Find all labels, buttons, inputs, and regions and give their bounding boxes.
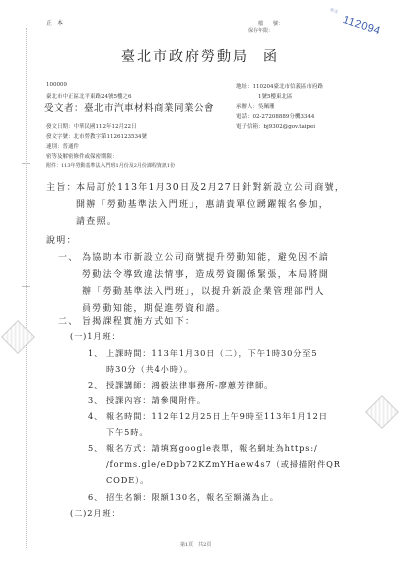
sub-item-line: 時30分（共4小時）。	[106, 364, 193, 375]
class-label: (二)2月班：	[70, 508, 121, 519]
margin-tick	[22, 286, 30, 287]
recipient-label: 受文者：	[44, 103, 84, 114]
issue-number: 發文字號：北市勞教字第1126123534號	[46, 132, 147, 140]
receipt-stamp-number: 112094	[341, 14, 382, 37]
perforation-seal-right	[365, 395, 399, 429]
copy-label: 正本	[46, 18, 68, 27]
sub-item-line: 招生名額：限額130名，報名至額滿為止。	[106, 492, 279, 503]
item-number: 二、	[58, 314, 79, 327]
class-label: (一)1月班：	[70, 331, 121, 342]
speed: 速別：普通件	[46, 142, 79, 150]
issue-date: 發文日期：中華民國112年12月22日	[46, 122, 137, 130]
sub-item-line: 上課時間：113年1月30日（二），下午1時30分至5	[106, 348, 317, 359]
sub-item-number: 4、	[88, 411, 103, 422]
item-line: 員勞動知能，期促進勞資和諧。	[82, 301, 226, 314]
perforation-seal-left	[1, 320, 35, 354]
recipient-name: 臺北市汽車材料商業同業公會	[84, 103, 214, 114]
registration-url[interactable]: /forms.gle/eDpb72KZmYHaew4s7（或掃描附件QR	[106, 459, 341, 470]
postal-code: 100009	[46, 82, 67, 88]
subject-line: 本局訂於113年1月30日及2月27日針對新設立公司商號，	[76, 180, 345, 193]
sub-item-line: 授課講師：鴻毅法律事務所-廖蕙芳律師。	[106, 380, 273, 391]
confidentiality: 密等及解密條件或保密期限：	[46, 152, 118, 160]
item-line: 為協助本市新設立公司商號提升勞動知能，避免因不諳	[82, 250, 329, 263]
item-line: 旨揭課程實施方式如下：	[82, 314, 195, 327]
agency-name: 臺北市政府勞動局	[121, 49, 249, 65]
subject-line: 開辦「勞動基準法入門班」，惠請貴單位踴躍報名參加，	[76, 197, 329, 210]
sub-item-number: 3、	[88, 395, 103, 406]
sub-item-number: 1、	[88, 348, 103, 359]
attachment: 附件：113年勞動基準法入門班1月份及2月份課程資訊1份	[46, 162, 175, 169]
subject-label: 主旨：	[46, 180, 77, 193]
handler: 承辦人：吳珮珊	[236, 102, 275, 110]
file-number-label: 檔 號：	[258, 20, 283, 27]
sub-item-line: 授課內容：請參閱附件。	[106, 395, 206, 406]
email: 電子信箱：bj9302@gov.taipei	[236, 122, 315, 130]
sub-item-line: CODE）。	[106, 475, 149, 486]
receipt-stamp-label: 收文	[329, 7, 338, 15]
margin-tick	[22, 163, 30, 164]
phone: 電話：02-27208889分機3344	[236, 112, 314, 120]
sender-address-line2: 1號5樓東北區	[258, 92, 293, 100]
page-number: 第1頁 共2頁	[180, 541, 211, 548]
item-line: 勞動法令導致違法情事，造成勞資關係緊張，本局將開	[82, 267, 329, 280]
sub-item-line: 下午5時。	[106, 427, 148, 438]
document-type: 函	[263, 49, 279, 65]
binding-margin-line	[26, 28, 27, 548]
sub-item-line: 報名時間：112年12月25日上午9時至113年1月12日	[106, 411, 328, 422]
explanation-label: 說明：	[46, 233, 77, 246]
sub-item-number: 2、	[88, 380, 103, 391]
recipient-line: 受文者：臺北市汽車材料商業同業公會	[44, 100, 214, 114]
sub-item-number: 5、	[88, 443, 103, 454]
item-line: 辦「勞動基準法入門班」，以提升新設企業管理部門人	[82, 284, 325, 297]
sub-item-number: 6、	[88, 492, 103, 503]
subject-line: 請查照。	[76, 214, 117, 227]
sender-address-line1: 地址：110204臺北市信義區市府路	[236, 82, 323, 90]
document-title: 臺北市政府勞動局函	[0, 46, 400, 66]
item-number: 一、	[58, 250, 79, 263]
sub-item-line: 報名方式：請填寫google表單，報名網址為https:/	[106, 443, 318, 454]
recipient-address: 臺北市中正區北平東路24號5樓之6	[46, 92, 132, 100]
retention-label: 保存年限：	[248, 27, 273, 34]
